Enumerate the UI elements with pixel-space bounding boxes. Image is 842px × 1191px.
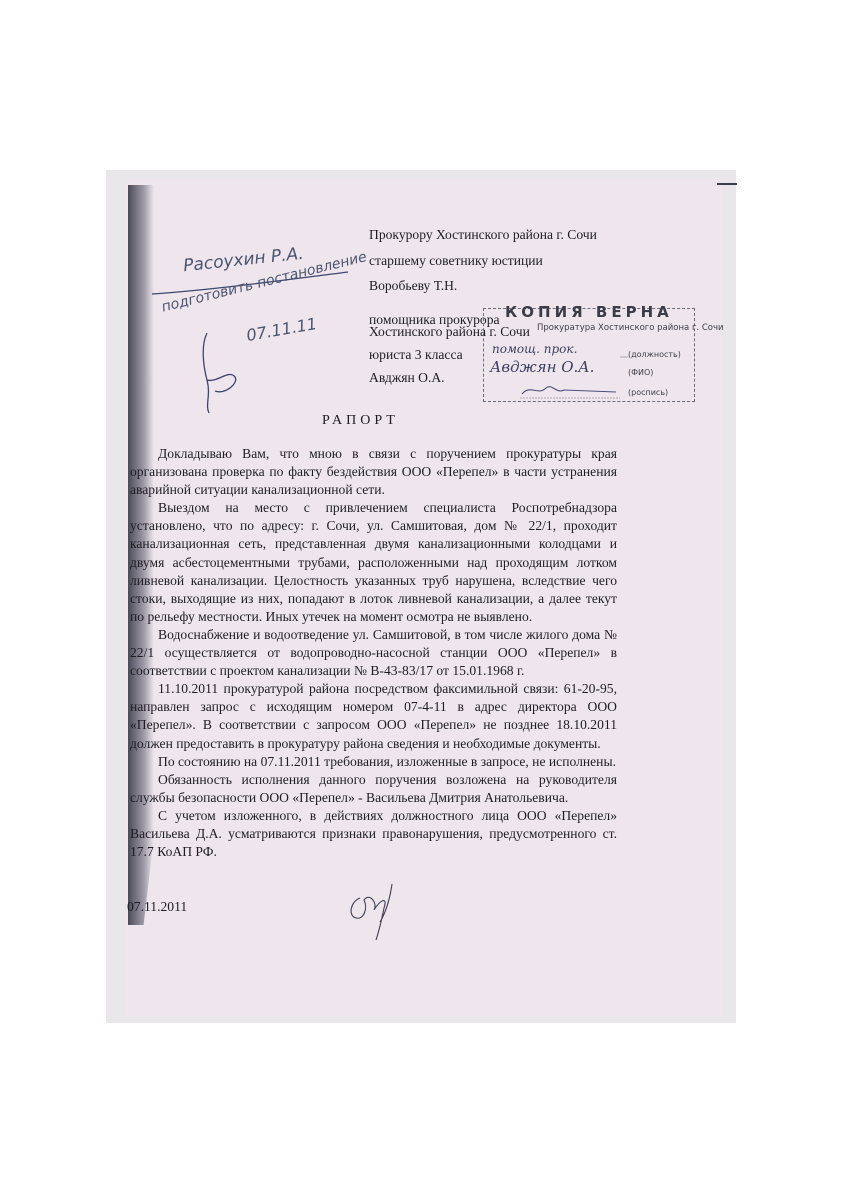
resolution-signature bbox=[195, 325, 245, 415]
stamp-subtitle: Прокуратура Хостинского района г. Сочи bbox=[537, 323, 724, 333]
author-signature bbox=[340, 878, 410, 943]
paragraph-6: Обязанность исполнения данного поручения… bbox=[130, 771, 617, 807]
document-body: Докладываю Вам, что мною в связи с поруч… bbox=[130, 445, 617, 861]
paragraph-4: 11.10.2011 прокуратурой района посредств… bbox=[130, 680, 617, 752]
document-date: 07.11.2011 bbox=[127, 898, 187, 916]
paragraph-1: Докладываю Вам, что мною в связи с поруч… bbox=[130, 445, 617, 499]
stamp-position-handwritten: помощ. прок. bbox=[492, 342, 577, 356]
stamp-name-label: (ФИО) bbox=[628, 368, 653, 377]
stamp-signature-label: (роспись) bbox=[628, 388, 668, 397]
stamp-position-label: (должность) bbox=[628, 350, 681, 359]
paragraph-7: С учетом изложенного, в действиях должно… bbox=[130, 807, 617, 861]
corner-mark bbox=[717, 183, 737, 185]
stamp-title: КОПИЯ ВЕРНА bbox=[505, 303, 673, 321]
stamp-name-handwritten: Авджян О.А. bbox=[490, 358, 594, 376]
paragraph-2: Выездом на место с привлечением специали… bbox=[130, 499, 617, 626]
addressee-line-3: Воробьеву Т.Н. bbox=[369, 277, 457, 295]
sender-line-4: Авджян О.А. bbox=[369, 369, 445, 387]
addressee-line-2: старшему советнику юстиции bbox=[369, 252, 543, 270]
paragraph-3: Водоснабжение и водоотведение ул. Самшит… bbox=[130, 626, 617, 680]
stamp-signature bbox=[520, 380, 620, 400]
stamp-underline bbox=[620, 355, 628, 395]
sender-line-3: юриста 3 класса bbox=[369, 346, 463, 364]
paragraph-5: По состоянию на 07.11.2011 требования, и… bbox=[130, 753, 617, 771]
document-title: РАПОРТ bbox=[322, 413, 399, 429]
addressee-line-1: Прокурору Хостинского района г. Сочи bbox=[369, 226, 597, 244]
